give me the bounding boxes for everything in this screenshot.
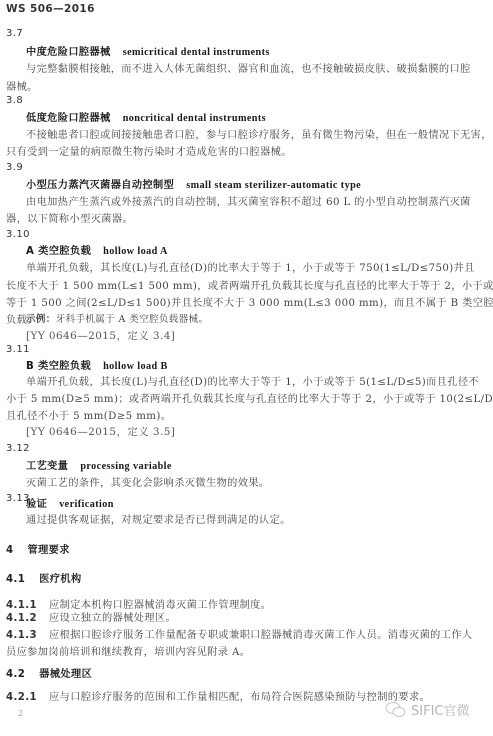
definition-text-line: 灭菌工艺的条件，其变化会影响杀灭微生物的效果。: [26, 477, 270, 491]
definition-term: 中度危险口腔器械semicritical dental instruments: [26, 45, 270, 60]
clause: 4.1.1应制定本机构口腔器械消毒灭菌工作管理制度。: [6, 599, 271, 613]
definition-number: 3.10: [6, 228, 30, 242]
term-en: processing variable: [80, 461, 171, 472]
definition-term: 工艺变量processing variable: [26, 459, 172, 474]
definition-term: 低度危险口腔器械noncritical dental instruments: [26, 111, 266, 126]
clause-continuation: 员应参加岗前培训和继续教育，培训内容见附录 A。: [6, 646, 250, 660]
subsection-number: 4.1: [6, 574, 25, 585]
clause-number: 4.1.2: [6, 613, 37, 624]
term-zh: 验证: [26, 499, 47, 510]
definition-text-line: 小于 5 mm(D≥5 mm)；或者两端开孔负载其长度与孔直径的比率大于等于 2…: [6, 393, 493, 407]
term-en: verification: [59, 499, 114, 510]
definition-text-line: 单端开孔负载，其长度(L)与孔直径(D)的比率大于等于 1，小于或等于 5(1≤…: [26, 376, 479, 390]
clause-number: 4.1.1: [6, 600, 37, 611]
clause-text: 应制定本机构口腔器械消毒灭菌工作管理制度。: [49, 600, 271, 611]
definition-number: 3.12: [6, 442, 30, 456]
subsection-title: 医疗机构: [39, 574, 81, 585]
subsection-heading: 4.1医疗机构: [6, 573, 82, 587]
document-page: WS 506—2016 3.7 中度危险口腔器械semicritical den…: [0, 0, 493, 736]
term-en: hollow load A: [103, 246, 168, 257]
term-zh: A 类空腔负载: [26, 246, 91, 257]
definition-number: 3.9: [6, 161, 23, 175]
reference-citation: [YY 0646—2015，定义 3.4]: [26, 329, 175, 343]
definition-text-line: 由电加热产生蒸汽或外接蒸汽的自动控制，其灭菌室容积不超过 60 L 的小型自动控…: [26, 196, 471, 210]
section-number: 4: [6, 545, 14, 556]
definition-text-line: 器，以下简称小型灭菌器。: [6, 213, 133, 227]
definition-text-line: 且孔径不小于 5 mm(D≥5 mm)。: [6, 410, 171, 424]
wechat-icon: [385, 701, 407, 719]
definition-text-line: 不接触患者口腔或间接接触患者口腔，参与口腔诊疗服务，虽有微生物污染，但在一般情况…: [26, 129, 492, 143]
term-zh: B 类空腔负载: [26, 361, 91, 372]
definition-text-line: 等于 1 500 之间(2≤L/D≤1 500)并且长度不大于 3 000 mm…: [6, 297, 493, 311]
subsection-number: 4.2: [6, 669, 25, 680]
definition-text-line: 只有受到一定量的病原微生物污染时才造成危害的口腔器械。: [6, 146, 292, 160]
watermark: SIFIC官微: [385, 700, 469, 719]
definition-text-line: 单端开孔负载，其长度(L)与孔直径(D)的比率大于等于 1，小于或等于 750(…: [26, 262, 475, 276]
clause-number: 4.2.1: [6, 692, 37, 703]
definition-number: 3.8: [6, 94, 23, 108]
watermark-text: SIFIC官微: [411, 700, 469, 719]
definition-text-line: 长度不大于 1 500 mm(L≤1 500 mm)，或者两端开孔负载其长度与孔…: [6, 280, 493, 294]
term-zh: 中度危险口腔器械: [26, 47, 111, 58]
reference-citation: [YY 0646—2015，定义 3.5]: [26, 425, 175, 439]
term-zh: 小型压力蒸汽灭菌器自动控制型: [26, 180, 174, 191]
term-zh: 工艺变量: [26, 461, 68, 472]
clause-text: 应设立独立的器械处理区。: [49, 613, 176, 624]
clause-text: 应根据口腔诊疗服务工作量配备专职或兼职口腔器械消毒灭菌工作人员。消毒灭菌的工作人: [49, 630, 473, 641]
definition-number: 3.7: [6, 27, 23, 41]
definition-term: B 类空腔负载hollow load B: [26, 359, 168, 374]
term-en: small steam sterilizer-automatic type: [186, 180, 361, 191]
term-en: noncritical dental instruments: [123, 113, 266, 124]
definition-term: 验证verification: [26, 497, 114, 512]
example-note: 示例：牙科手机属于 A 类空腔负载器械。: [26, 313, 208, 327]
page-number: 2: [18, 709, 23, 718]
subsection-title: 器械处理区: [39, 669, 92, 680]
clause: 4.1.2应设立独立的器械处理区。: [6, 612, 176, 626]
term-en: semicritical dental instruments: [123, 47, 270, 58]
section-title: 管理要求: [28, 545, 70, 556]
clause: 4.1.3应根据口腔诊疗服务工作量配备专职或兼职口腔器械消毒灭菌工作人员。消毒灭…: [6, 629, 473, 643]
clause-number: 4.1.3: [6, 630, 37, 641]
term-en: hollow load B: [103, 361, 168, 372]
standard-code: WS 506—2016: [6, 2, 95, 16]
definition-text-line: 器械。: [6, 81, 38, 95]
example-text: 牙科手机属于 A 类空腔负载器械。: [56, 314, 209, 325]
clause: 4.2.1应与口腔诊疗服务的范围和工作量相匹配，布局符合医院感染预防与控制的要求…: [6, 691, 430, 705]
section-heading: 4管理要求: [6, 544, 70, 558]
definition-term: 小型压力蒸汽灭菌器自动控制型small steam sterilizer-aut…: [26, 178, 361, 193]
definition-term: A 类空腔负载hollow load A: [26, 244, 168, 259]
definition-number: 3.11: [6, 343, 30, 357]
term-zh: 低度危险口腔器械: [26, 113, 111, 124]
example-label: 示例：: [26, 314, 56, 325]
definition-text-line: 通过提供客观证据，对规定要求是否已得到满足的认定。: [26, 514, 291, 528]
subsection-heading: 4.2器械处理区: [6, 668, 92, 682]
definition-text-line: 与完整黏膜相接触，而不进入人体无菌组织、器官和血流，也不接触破损皮肤、破损黏膜的…: [26, 63, 471, 77]
clause-text: 应与口腔诊疗服务的范围和工作量相匹配，布局符合医院感染预防与控制的要求。: [49, 692, 430, 703]
